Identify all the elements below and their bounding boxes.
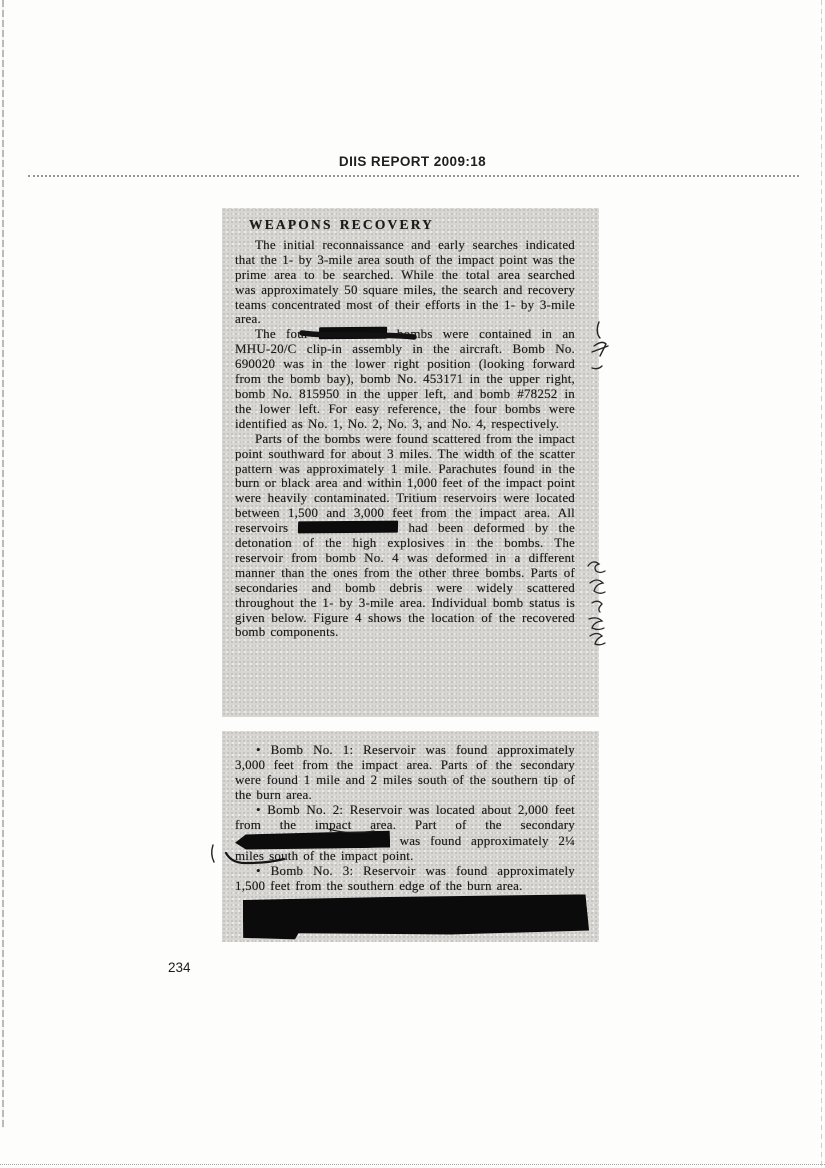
paragraph-reconnaissance: The initial reconnaissance and early sea…	[235, 238, 575, 327]
page-container: DIIS REPORT 2009:18 WEAPONS RECOVERY The…	[0, 0, 825, 1168]
bullet-bomb-2: • Bomb No. 2: Reservoir was located abou…	[235, 803, 575, 865]
scan-block-bullets: • Bomb No. 1: Reservoir was found approx…	[222, 731, 599, 942]
scan-block-main: WEAPONS RECOVERY The initial reconnaissa…	[222, 208, 599, 717]
page-number: 234	[168, 960, 191, 975]
page-edge-line-right	[821, 0, 823, 1168]
header-rule	[28, 175, 799, 177]
redaction-bar	[298, 521, 398, 534]
scan-heading: WEAPONS RECOVERY	[235, 218, 575, 233]
bullet-bomb-3: • Bomb No. 3: Reservoir was found approx…	[235, 864, 575, 894]
margin-tick-left	[212, 845, 214, 862]
report-header-title: DIIS REPORT 2009:18	[0, 154, 825, 169]
bullet-bomb-1: • Bomb No. 1: Reservoir was found approx…	[235, 743, 575, 803]
bottom-rule	[0, 1164, 825, 1165]
paragraph-scatter-pattern: Parts of the bombs were found scattered …	[235, 432, 575, 641]
page-edge-line-left	[2, 0, 4, 1128]
redaction-bar	[319, 327, 387, 339]
block-redaction	[243, 895, 589, 940]
redaction-bar	[235, 831, 390, 851]
paragraph-bomb-positions: The four bombs were contained in an MHU-…	[235, 327, 575, 431]
